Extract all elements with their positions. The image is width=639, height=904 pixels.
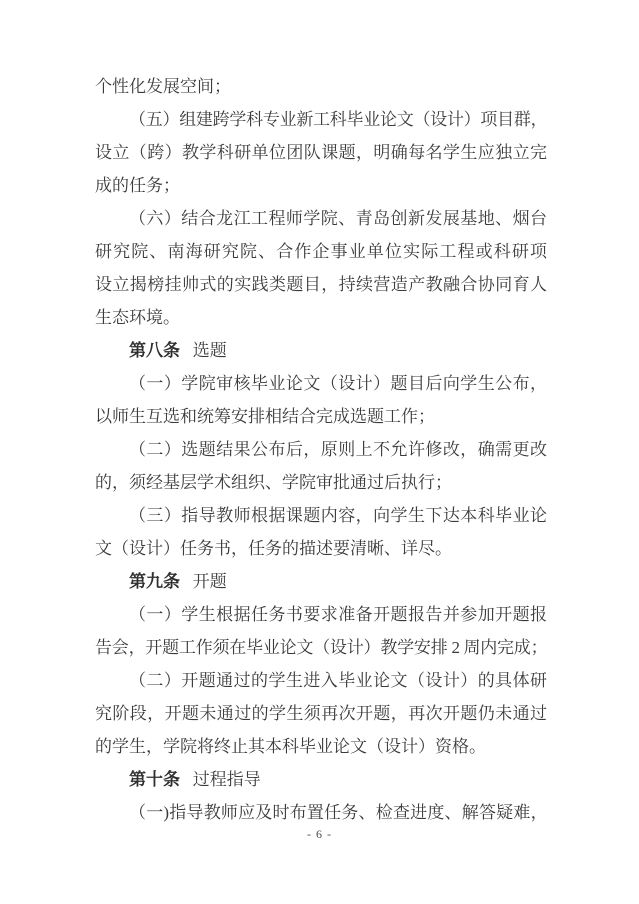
text-line: 设立揭榜挂帅式的实践类题目，持续营造产教融合协同育人: [95, 268, 547, 301]
text-line: 以师生互选和统筹安排相结合完成选题工作；: [95, 400, 547, 433]
document-body: 个性化发展空间；（五）组建跨学科专业新工科毕业论文（设计）项目群，设立（跨）教学…: [95, 70, 547, 829]
text-line: 设立（跨）教学科研单位团队课题，明确每名学生应独立完: [95, 136, 547, 169]
text-line: 文（设计）任务书，任务的描述要清晰、详尽。: [95, 532, 547, 565]
text-line: （三）指导教师根据课题内容，向学生下达本科毕业论: [95, 499, 547, 532]
text-line: 个性化发展空间；: [95, 70, 547, 103]
text-line: 的学生，学院将终止其本科毕业论文（设计）资格。: [95, 730, 547, 763]
article-title: 开题: [193, 572, 227, 591]
article-heading: 第九条开题: [95, 565, 547, 598]
text-line: 告会，开题工作须在毕业论文（设计）教学安排 2 周内完成；: [95, 631, 547, 664]
text-line: （一)指导教师应及时布置任务、检查进度、解答疑难，: [95, 796, 547, 829]
text-line: 的，须经基层学术组织、学院审批通过后执行；: [95, 466, 547, 499]
text-line: 生态环境。: [95, 301, 547, 334]
text-line: 究阶段，开题未通过的学生须再次开题，再次开题仍未通过: [95, 697, 547, 730]
text-line: 研究院、南海研究院、合作企事业单位实际工程或科研项目，: [95, 235, 547, 268]
article-heading: 第八条选题: [95, 334, 547, 367]
text-line: （二）开题通过的学生进入毕业论文（设计）的具体研: [95, 664, 547, 697]
article-title: 过程指导: [193, 770, 261, 789]
article-heading: 第十条过程指导: [95, 763, 547, 796]
text-line: （一）学生根据任务书要求准备开题报告并参加开题报: [95, 598, 547, 631]
article-number: 第八条: [129, 341, 180, 360]
article-title: 选题: [193, 341, 227, 360]
article-number: 第九条: [129, 572, 180, 591]
text-line: 成的任务；: [95, 169, 547, 202]
text-line: （二）选题结果公布后，原则上不允许修改，确需更改: [95, 433, 547, 466]
text-line: （五）组建跨学科专业新工科毕业论文（设计）项目群，: [95, 103, 547, 136]
page-number: - 6 -: [0, 826, 639, 842]
text-line: （一）学院审核毕业论文（设计）题目后向学生公布，: [95, 367, 547, 400]
article-number: 第十条: [129, 770, 180, 789]
document-page: 个性化发展空间；（五）组建跨学科专业新工科毕业论文（设计）项目群，设立（跨）教学…: [0, 0, 639, 904]
text-line: （六）结合龙江工程师学院、青岛创新发展基地、烟台: [95, 202, 547, 235]
